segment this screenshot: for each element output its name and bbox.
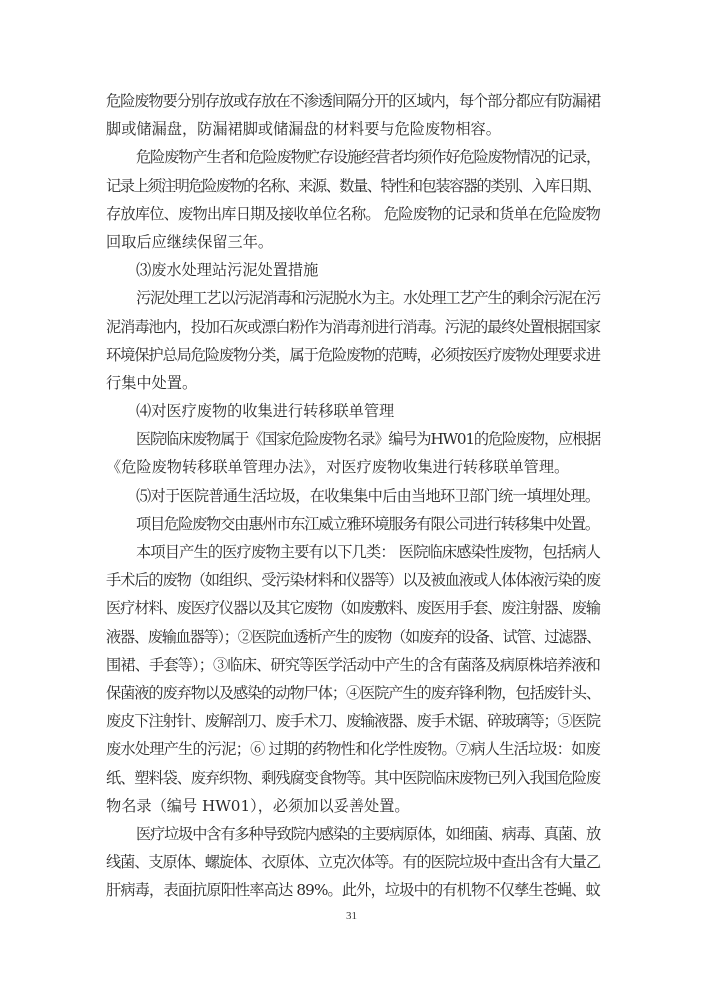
text-line-content: 项目危险废物交由惠州市东江威立雅环境服务有限公司进行转移集中处置。 <box>136 515 599 533</box>
text-line: 本项目产生的医疗废物主要有以下几类： 医院临床感染性废物，包括病人 <box>106 538 600 566</box>
text-line: ⑷对医疗废物的收集进行转移联单管理 <box>106 397 600 425</box>
text-line-content: 废水处理产生的污泥；⑥ 过期的药物性和化学性废物。⑦病人生活垃圾：如废 <box>106 740 600 758</box>
text-line-content: 《危险废物转移联单管理办法》，对医疗废物收集进行转移联单管理。 <box>106 458 569 476</box>
text-line: 医疗垃圾中含有多种导致院内感染的主要病原体，如细菌、病毒、真菌、放 <box>106 820 600 848</box>
text-line-content: 泥消毒池内，投加石灰或漂白粉作为消毒剂进行消毒。污泥的最终处置根据国家 <box>106 318 600 336</box>
text-line-content: 危险废物产生者和危险废物贮存设施经营者均须作好危险废物情况的记录， <box>136 148 600 166</box>
text-line-content: 本项目产生的医疗废物主要有以下几类： 医院临床感染性废物，包括病人 <box>136 543 600 561</box>
text-line: 纸、塑料袋、废弃织物、剩残腐变食物等。其中医院临床废物已列入我国危险废 <box>106 764 600 792</box>
text-line-content: ⑷对医疗废物的收集进行转移联单管理 <box>136 402 394 420</box>
text-line-content: 环境保护总局危险废物分类，属于危险废物的范畴，必须按医疗废物处理要求进 <box>106 346 600 364</box>
text-line-content: 记录上须注明危险废物的名称、来源、数量、特性和包装容器的类别、入库日期、 <box>106 177 600 195</box>
text-line-content: 液器、废输血器等）；②医院血透析产生的废物（如废弃的设备、试管、过滤器、 <box>106 628 600 646</box>
text-line-content: 废皮下注射针、废解剖刀、废手术刀、废输液器、废手术锯、碎玻璃等；⑤医院 <box>106 712 600 730</box>
text-line-content: 保菌液的废弃物以及感染的动物尸体；④医院产生的废弃锋利物，包括废针头、 <box>106 684 600 702</box>
text-line: 围裙、手套等）；③临床、研究等医学活动中产生的含有菌落及病原株培养液和 <box>106 651 600 679</box>
text-line: 项目危险废物交由惠州市东江威立雅环境服务有限公司进行转移集中处置。 <box>106 510 600 538</box>
text-line-content: 手术后的废物（如组织、受污染材料和仪器等）以及被血液或人体体液污染的废 <box>106 571 600 589</box>
text-line: 危险废物要分别存放或存放在不渗透间隔分开的区域内，每个部分都应有防漏裙 <box>106 87 600 115</box>
text-line: 回取后应继续保留三年。 <box>106 228 600 256</box>
text-line-content: 物名录（编号 HW01），必须加以妥善处置。 <box>106 797 410 815</box>
text-line: 记录上须注明危险废物的名称、来源、数量、特性和包装容器的类别、入库日期、 <box>106 172 600 200</box>
text-line-content: 行集中处置。 <box>106 374 197 392</box>
text-line: 液器、废输血器等）；②医院血透析产生的废物（如废弃的设备、试管、过滤器、 <box>106 623 600 651</box>
text-line: 废水处理产生的污泥；⑥ 过期的药物性和化学性废物。⑦病人生活垃圾：如废 <box>106 735 600 763</box>
document-page: 危险废物要分别存放或存放在不渗透间隔分开的区域内，每个部分都应有防漏裙脚或储漏盘… <box>0 0 703 994</box>
text-line: 脚或储漏盘，防漏裙脚或储漏盘的材料要与危险废物相容。 <box>106 115 600 143</box>
text-line-content: 脚或储漏盘，防漏裙脚或储漏盘的材料要与危险废物相容。 <box>106 120 501 138</box>
text-line: 行集中处置。 <box>106 369 600 397</box>
text-line: 手术后的废物（如组织、受污染材料和仪器等）以及被血液或人体体液污染的废 <box>106 566 600 594</box>
text-line: 医院临床废物属于《国家危险废物名录》编号为HW01的危险废物，应根据 <box>106 425 600 453</box>
text-line: 保菌液的废弃物以及感染的动物尸体；④医院产生的废弃锋利物，包括废针头、 <box>106 679 600 707</box>
text-line-content: 肝病毒，表面抗原阳性率高达 89%。此外，垃圾中的有机物不仅孳生苍蝇、蚊 <box>106 881 600 899</box>
text-line-content: 医院临床废物属于《国家危险废物名录》编号为HW01的危险废物，应根据 <box>136 430 600 448</box>
text-line: 环境保护总局危险废物分类，属于危险废物的范畴，必须按医疗废物处理要求进 <box>106 341 600 369</box>
text-line-content: 医疗材料、废医疗仪器以及其它废物（如废敷料、废医用手套、废注射器、废输 <box>106 599 600 617</box>
text-line-content: 存放库位、废物出库日期及接收单位名称。 危险废物的记录和货单在危险废物 <box>106 205 600 223</box>
text-line-content: 危险废物要分别存放或存放在不渗透间隔分开的区域内，每个部分都应有防漏裙 <box>106 92 600 110</box>
text-line: 危险废物产生者和危险废物贮存设施经营者均须作好危险废物情况的记录， <box>106 143 600 171</box>
text-line-content: 污泥处理工艺以污泥消毒和污泥脱水为主。水处理工艺产生的剩余污泥在污 <box>136 289 600 307</box>
text-line: 线菌、支原体、螺旋体、衣原体、立克次体等。有的医院垃圾中查出含有大量乙 <box>106 848 600 876</box>
text-line: 污泥处理工艺以污泥消毒和污泥脱水为主。水处理工艺产生的剩余污泥在污 <box>106 284 600 312</box>
text-line: 泥消毒池内，投加石灰或漂白粉作为消毒剂进行消毒。污泥的最终处置根据国家 <box>106 313 600 341</box>
text-line: 物名录（编号 HW01），必须加以妥善处置。 <box>106 792 600 820</box>
text-line: 存放库位、废物出库日期及接收单位名称。 危险废物的记录和货单在危险废物 <box>106 200 600 228</box>
text-line-content: 回取后应继续保留三年。 <box>106 233 273 251</box>
text-line-content: 围裙、手套等）；③临床、研究等医学活动中产生的含有菌落及病原株培养液和 <box>106 656 600 674</box>
text-line: 《危险废物转移联单管理办法》，对医疗废物收集进行转移联单管理。 <box>106 453 600 481</box>
text-line: 肝病毒，表面抗原阳性率高达 89%。此外，垃圾中的有机物不仅孳生苍蝇、蚊 <box>106 876 600 904</box>
text-line-content: ⑸对于医院普通生活垃圾，在收集集中后由当地环卫部门统一填埋处理。 <box>136 487 599 505</box>
page-number: 31 <box>0 910 703 922</box>
document-body: 危险废物要分别存放或存放在不渗透间隔分开的区域内，每个部分都应有防漏裙脚或储漏盘… <box>106 87 600 904</box>
text-line: ⑸对于医院普通生活垃圾，在收集集中后由当地环卫部门统一填埋处理。 <box>106 482 600 510</box>
text-line: 废皮下注射针、废解剖刀、废手术刀、废输液器、废手术锯、碎玻璃等；⑤医院 <box>106 707 600 735</box>
text-line-content: ⑶废水处理站污泥处置措施 <box>136 261 318 279</box>
text-line-content: 纸、塑料袋、废弃织物、剩残腐变食物等。其中医院临床废物已列入我国危险废 <box>106 769 600 787</box>
text-line: 医疗材料、废医疗仪器以及其它废物（如废敷料、废医用手套、废注射器、废输 <box>106 594 600 622</box>
text-line-content: 医疗垃圾中含有多种导致院内感染的主要病原体，如细菌、病毒、真菌、放 <box>136 825 600 843</box>
text-line-content: 线菌、支原体、螺旋体、衣原体、立克次体等。有的医院垃圾中查出含有大量乙 <box>106 853 600 871</box>
text-line: ⑶废水处理站污泥处置措施 <box>106 256 600 284</box>
